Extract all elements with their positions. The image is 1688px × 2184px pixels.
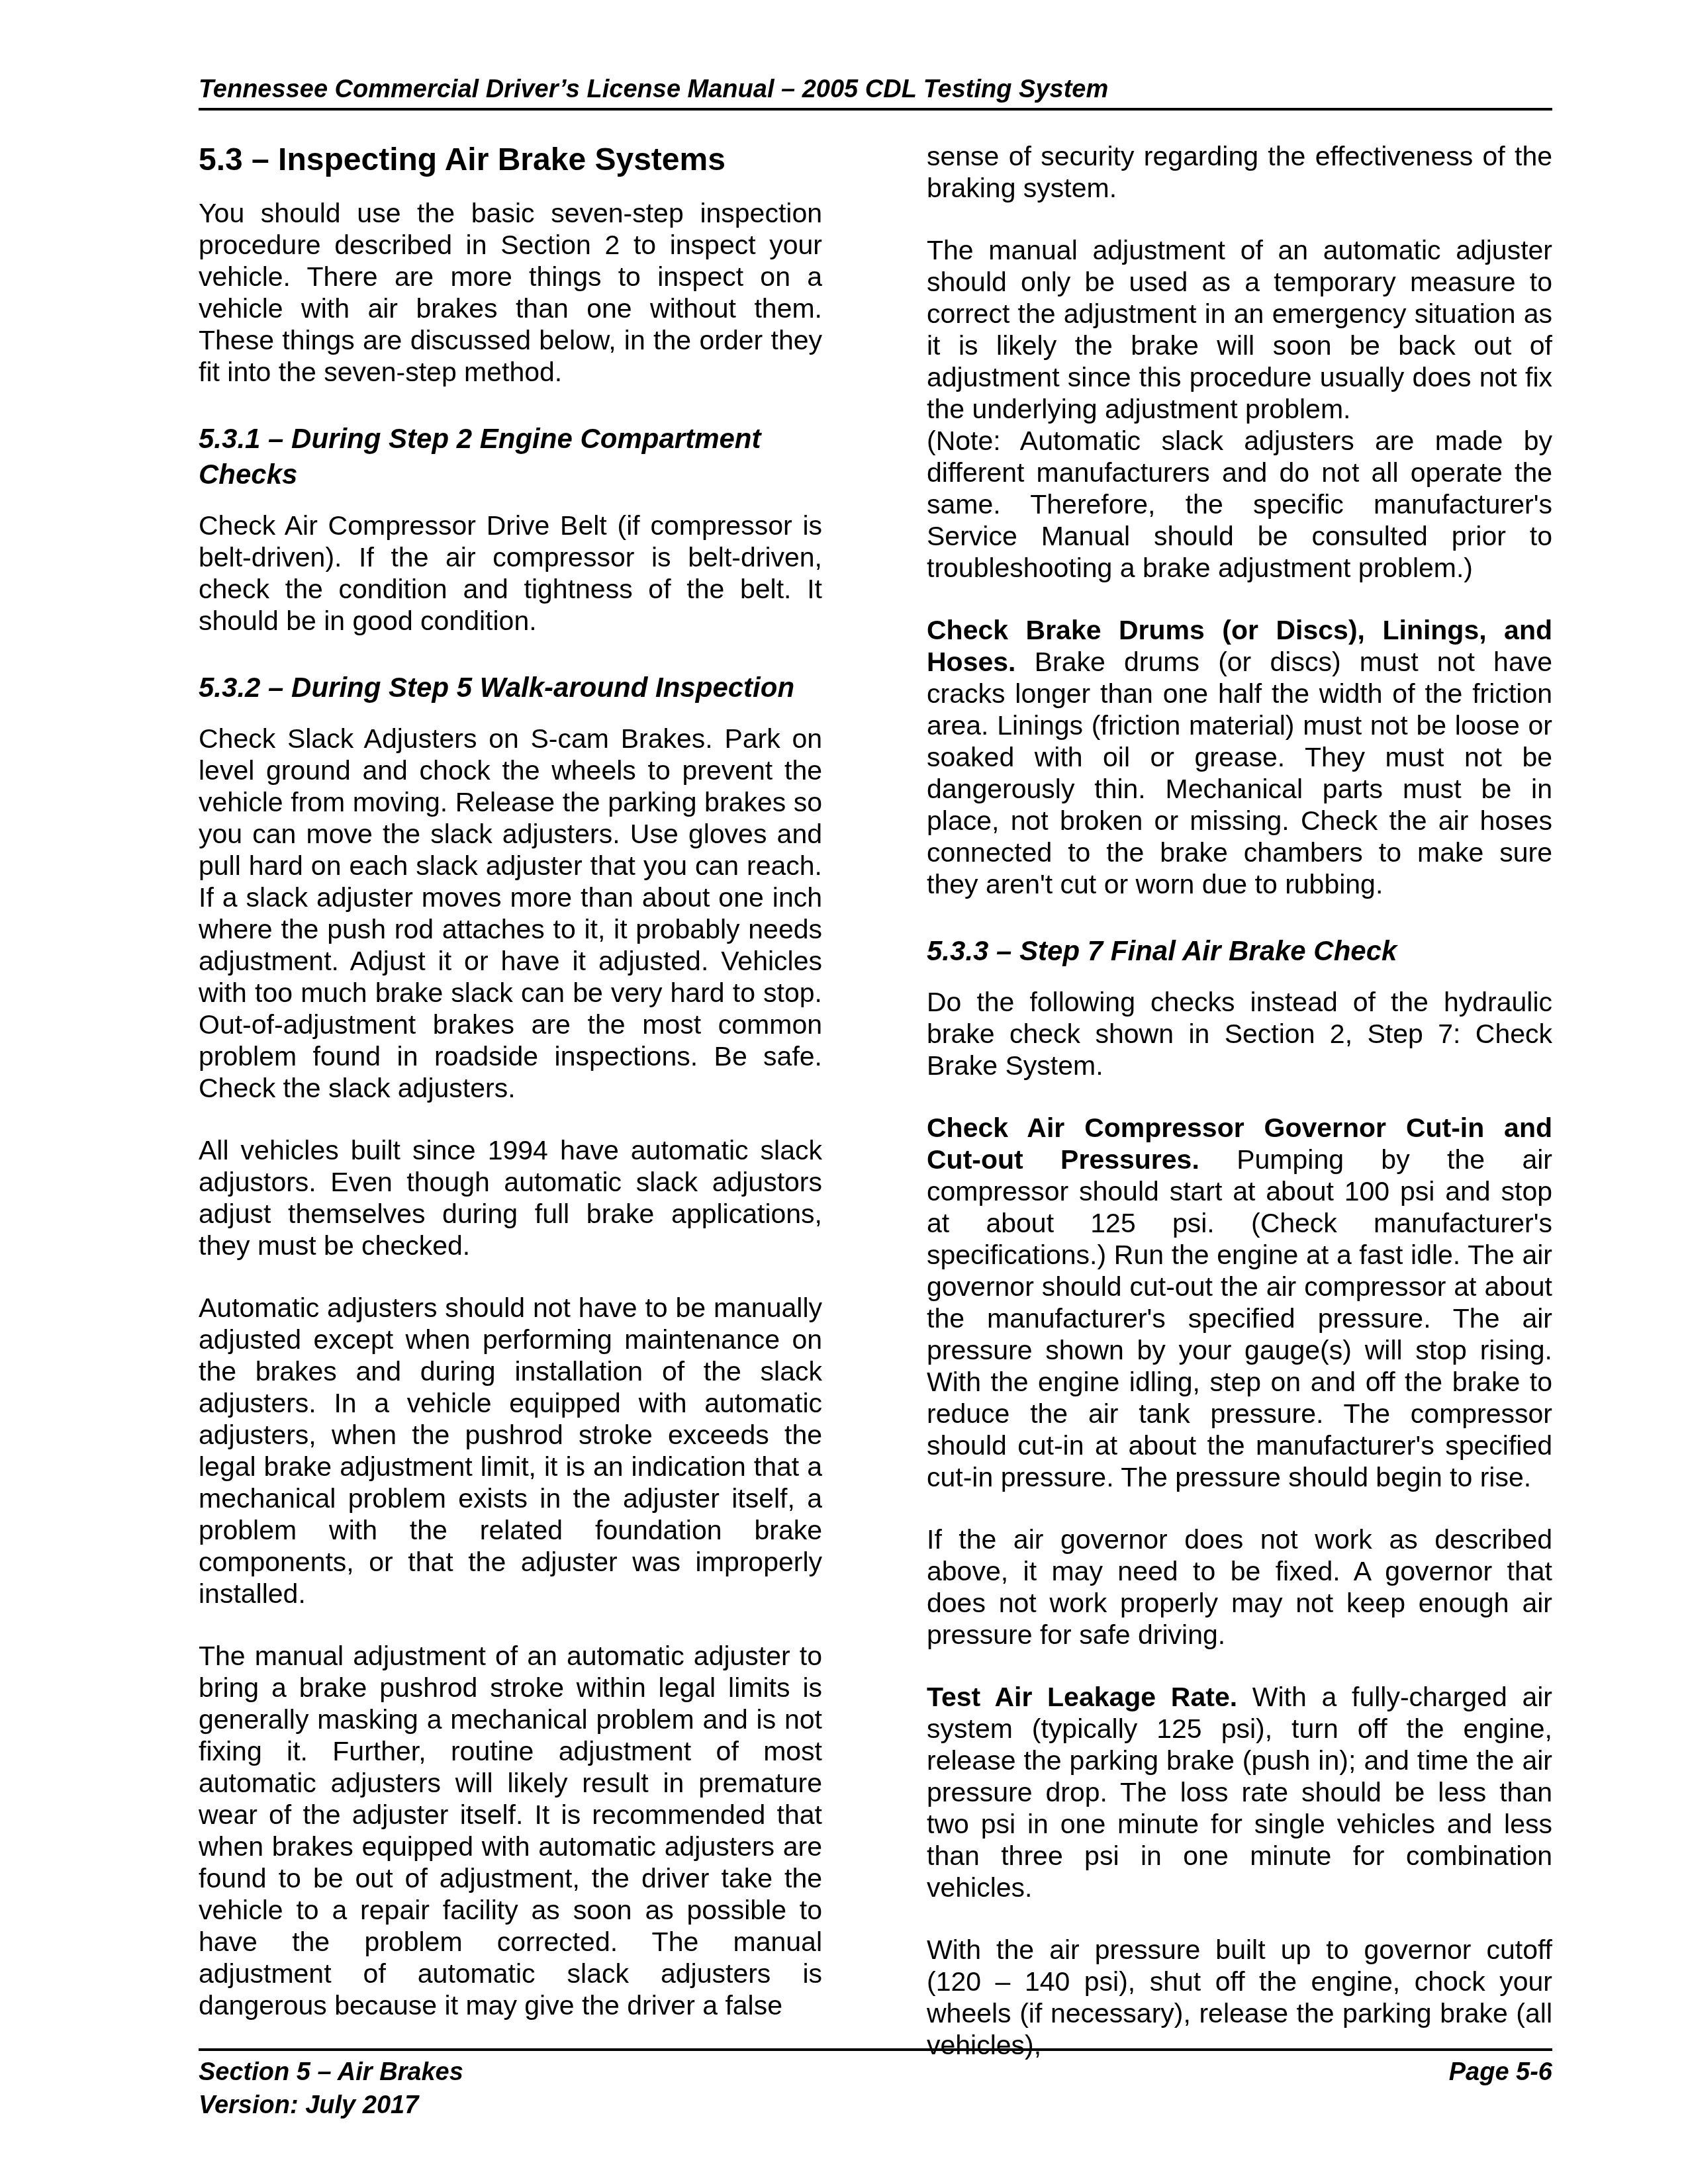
- para-note-text: (Note: Automatic slack adjusters are mad…: [927, 426, 1552, 583]
- right-column: sense of security regarding the effectiv…: [927, 140, 1552, 2091]
- para-manual-adjustment: The manual adjustment of an automatic ad…: [199, 1640, 822, 2021]
- para-governor-cutoff: With the air pressure built up to govern…: [927, 1934, 1552, 2061]
- document-page: Tennessee Commercial Driver’s License Ma…: [0, 0, 1688, 2184]
- para-automatic-1994: All vehicles built since 1994 have autom…: [199, 1134, 822, 1261]
- air-leakage-text: With a fully-charged air system (typical…: [927, 1682, 1552, 1903]
- para-manual-adjustment-text: The manual adjustment of an automatic ad…: [927, 235, 1552, 424]
- heading-5-3-3: 5.3.3 – Step 7 Final Air Brake Check: [927, 933, 1552, 969]
- section-title: 5.3 – Inspecting Air Brake Systems: [199, 140, 822, 180]
- para-air-leakage: Test Air Leakage Rate. With a fully-char…: [927, 1681, 1552, 1903]
- left-column: 5.3 – Inspecting Air Brake Systems You s…: [199, 140, 822, 2052]
- para-intro: You should use the basic seven-step insp…: [199, 197, 822, 388]
- para-final-check-intro: Do the following checks instead of the h…: [927, 986, 1552, 1081]
- header-divider: [199, 108, 1552, 111]
- page-header-title: Tennessee Commercial Driver’s License Ma…: [199, 75, 1552, 104]
- para-automatic-adjusters: Automatic adjusters should not have to b…: [199, 1292, 822, 1610]
- footer-version: Version: July 2017: [199, 2089, 463, 2122]
- para-compressor-belt: Check Air Compressor Drive Belt (if comp…: [199, 510, 822, 637]
- para-manual-adjustment-note: The manual adjustment of an automatic ad…: [927, 234, 1552, 584]
- para-governor-pressures: Check Air Compressor Governor Cut-in and…: [927, 1112, 1552, 1493]
- heading-5-3-1: 5.3.1 – During Step 2 Engine Compartment…: [199, 421, 822, 492]
- para-sense-of-security: sense of security regarding the effectiv…: [927, 140, 1552, 204]
- para-slack-adjusters: Check Slack Adjusters on S-cam Brakes. P…: [199, 723, 822, 1104]
- heading-5-3-2: 5.3.2 – During Step 5 Walk-around Inspec…: [199, 670, 822, 705]
- governor-pressures-text: Pumping by the air compressor should sta…: [927, 1144, 1552, 1492]
- footer-divider: [199, 2048, 1552, 2051]
- para-brake-drums: Check Brake Drums (or Discs), Linings, a…: [927, 614, 1552, 900]
- para-governor-fix: If the air governor does not work as des…: [927, 1524, 1552, 1651]
- brake-drums-text: Brake drums (or discs) must not have cra…: [927, 647, 1552, 899]
- footer-page-number: Page 5-6: [199, 2056, 1552, 2089]
- air-leakage-lead: Test Air Leakage Rate.: [927, 1682, 1237, 1712]
